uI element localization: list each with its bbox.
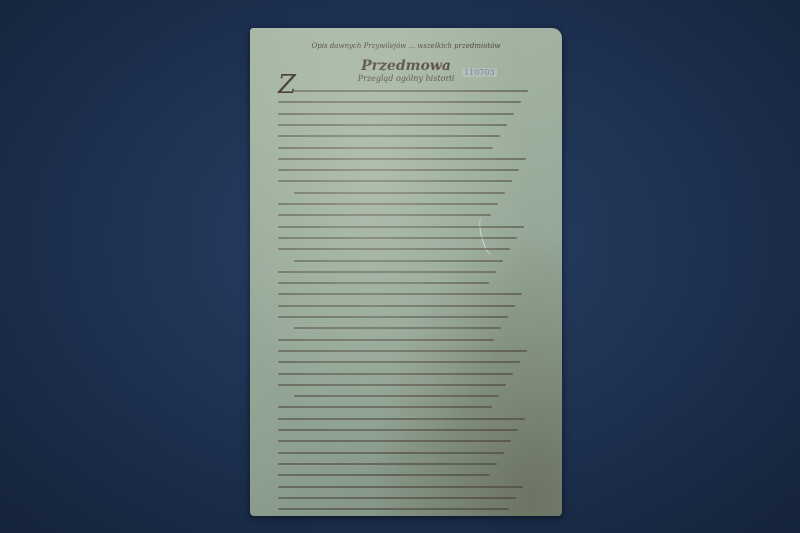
handwriting-line (278, 135, 500, 137)
handwriting-line (278, 339, 494, 341)
handwriting-line (278, 429, 518, 431)
decorative-initial: Z (278, 70, 296, 100)
handwriting-line (294, 327, 501, 329)
handwriting-line (278, 180, 512, 182)
handwriting-line (278, 361, 520, 363)
handwriting-line (278, 497, 516, 499)
binding-thread (476, 215, 499, 257)
manuscript-page: Opis dawnych Przywilejów ... wszelkich p… (250, 28, 562, 516)
handwriting-line (278, 305, 515, 307)
handwriting-line (278, 463, 497, 465)
handwriting-line (278, 373, 513, 375)
handwriting-line (294, 192, 505, 194)
handwriting-line (278, 406, 492, 408)
handwriting-line (278, 113, 514, 115)
handwriting-line (278, 226, 524, 228)
handwriting-line (278, 203, 498, 205)
handwriting-line (278, 124, 507, 126)
handwriting-line (278, 101, 521, 103)
handwriting-line (278, 293, 522, 295)
handwriting-line (278, 158, 526, 160)
archive-stamp: 110703 (462, 68, 497, 77)
handwriting-line (294, 90, 528, 92)
manuscript-second-line: Przegląd ogólny historii (250, 74, 562, 83)
handwriting-line (278, 508, 509, 510)
handwriting-line (278, 237, 517, 239)
handwriting-line (278, 452, 504, 454)
handwriting-line (278, 440, 511, 442)
handwriting-line (278, 384, 506, 386)
handwriting-line (294, 395, 499, 397)
manuscript-title: Przedmowa (250, 58, 562, 74)
handwriting-line (278, 214, 491, 216)
handwriting-line (278, 248, 510, 250)
handwriting-line (278, 418, 525, 420)
handwriting-line (278, 316, 508, 318)
handwriting-line (278, 486, 523, 488)
handwriting-line (278, 282, 489, 284)
handwriting-line (278, 271, 496, 273)
handwriting-line (278, 147, 493, 149)
handwriting-line (278, 474, 490, 476)
handwriting-line (278, 350, 527, 352)
manuscript-subheading: Opis dawnych Przywilejów ... wszelkich p… (250, 42, 562, 50)
handwriting-line (278, 169, 519, 171)
handwriting-line (294, 260, 503, 262)
